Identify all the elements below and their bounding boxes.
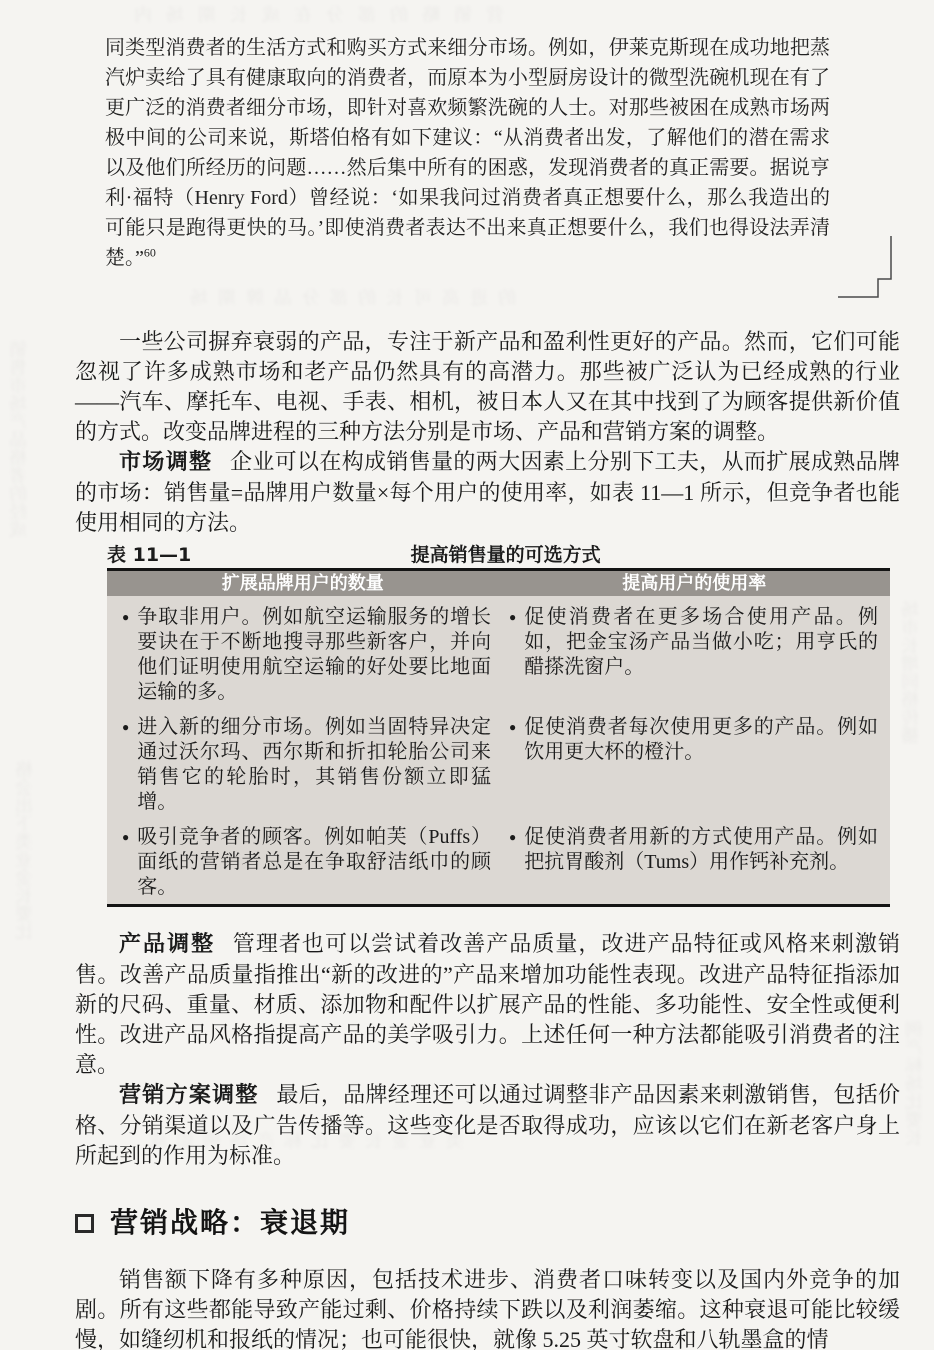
paragraph-product-modification: 产品调整管理者也可以尝试着改善产品质量，改进产品特征或风格来刺激销售。改善产品质… <box>75 929 900 1080</box>
lead-program-modification: 营销方案调整 <box>119 1083 259 1108</box>
bullet-icon: ● <box>122 715 129 815</box>
table-bullet-item: ●进入新的细分市场。例如当固特异决定通过沃尔玛、西尔斯和折扣轮胎公司来销售它的轮… <box>122 715 491 815</box>
table-bullet-item: ●促使消费者每次使用更多的产品。例如饮用更大杯的橙汁。 <box>509 715 878 765</box>
table-item-text: 进入新的细分市场。例如当固特异决定通过沃尔玛、西尔斯和折扣轮胎公司来销售它的轮胎… <box>137 715 491 815</box>
table-number: 表 11—1 <box>107 544 191 566</box>
bullet-icon: ● <box>509 605 516 680</box>
table-bullet-item: ●吸引竞争者的顾客。例如帕芙（Puffs）面纸的营销者总是在争取舒洁纸巾的顾客。 <box>122 825 491 900</box>
paragraph-decline-intro: 销售额下降有多种原因，包括技术进步、消费者口味转变以及国内外竞争的加剧。所有这些… <box>75 1265 900 1350</box>
table-header-row: 扩展品牌用户的数量 提高用户的使用率 <box>107 571 890 596</box>
table-title: 提高销售量的可选方式 <box>191 544 820 566</box>
section-heading: 营销战略：衰退期 <box>75 1205 900 1241</box>
paragraph-program-modification: 营销方案调整最后，品牌经理还可以通过调整非产品因素来刺激销售，包括价格、分销渠道… <box>75 1080 900 1171</box>
table-11-1: 扩展品牌用户的数量 提高用户的使用率 ●争取非用户。例如航空运输服务的增长要诀在… <box>107 568 890 907</box>
table-item-text: 促使消费者用新的方式使用产品。例如把抗胃酸剂（Tums）用作钙补充剂。 <box>524 825 878 875</box>
section-square-icon <box>75 1214 94 1233</box>
table-header-right: 提高用户的使用率 <box>499 571 891 596</box>
table-header-left: 扩展品牌用户的数量 <box>107 571 499 596</box>
table-caption: 表 11—1 提高销售量的可选方式 <box>107 544 890 566</box>
table-item-text: 争取非用户。例如航空运输服务的增长要诀在于不断地搜寻那些新客户，并向他们证明使用… <box>137 605 491 705</box>
table-bullet-item: ●促使消费者用新的方式使用产品。例如把抗胃酸剂（Tums）用作钙补充剂。 <box>509 825 878 875</box>
table-body: ●争取非用户。例如航空运输服务的增长要诀在于不断地搜寻那些新客户，并向他们证明使… <box>107 596 890 904</box>
table-item-text: 促使消费者在更多场合使用产品。例如，把金宝汤产品当做小吃；用亨氏的醋搽洗窗户。 <box>524 605 878 680</box>
quote-paragraph: 同类型消费者的生活方式和购买方式来细分市场。例如，伊莱克斯现在成功地把蒸汽炉卖给… <box>105 33 830 273</box>
table-bullet-item: ●促使消费者在更多场合使用产品。例如，把金宝汤产品当做小吃；用亨氏的醋搽洗窗户。 <box>509 605 878 680</box>
book-page: 同类型消费者的生活方式和购买方式来细分市场。例如，伊莱克斯现在成功地把蒸汽炉卖给… <box>0 0 934 1350</box>
paragraph-overview: 一些公司摒弃衰弱的产品，专注于新产品和盈利性更好的产品。然而，它们可能忽视了许多… <box>75 327 900 447</box>
lead-market-modification: 市场调整 <box>119 450 212 475</box>
paragraph-market-modification: 市场调整企业可以在构成销售量的两大因素上分别下工夫，从而扩展成熟品牌的市场：销售… <box>75 447 900 538</box>
table-item-text: 促使消费者每次使用更多的产品。例如饮用更大杯的橙汁。 <box>524 715 878 765</box>
bullet-icon: ● <box>122 825 129 900</box>
bullet-icon: ● <box>509 825 516 875</box>
section-heading-text: 营销战略：衰退期 <box>110 1205 350 1241</box>
footnote-reference: 60 <box>144 245 156 259</box>
bullet-icon: ● <box>122 605 129 705</box>
quote-text: 同类型消费者的生活方式和购买方式来细分市场。例如，伊莱克斯现在成功地把蒸汽炉卖给… <box>105 37 830 269</box>
table-item-text: 吸引竞争者的顾客。例如帕芙（Puffs）面纸的营销者总是在争取舒洁纸巾的顾客。 <box>137 825 491 900</box>
lead-product-modification: 产品调整 <box>119 932 215 957</box>
bullet-icon: ● <box>509 715 516 765</box>
table-bullet-item: ●争取非用户。例如航空运输服务的增长要诀在于不断地搜寻那些新客户，并向他们证明使… <box>122 605 491 705</box>
